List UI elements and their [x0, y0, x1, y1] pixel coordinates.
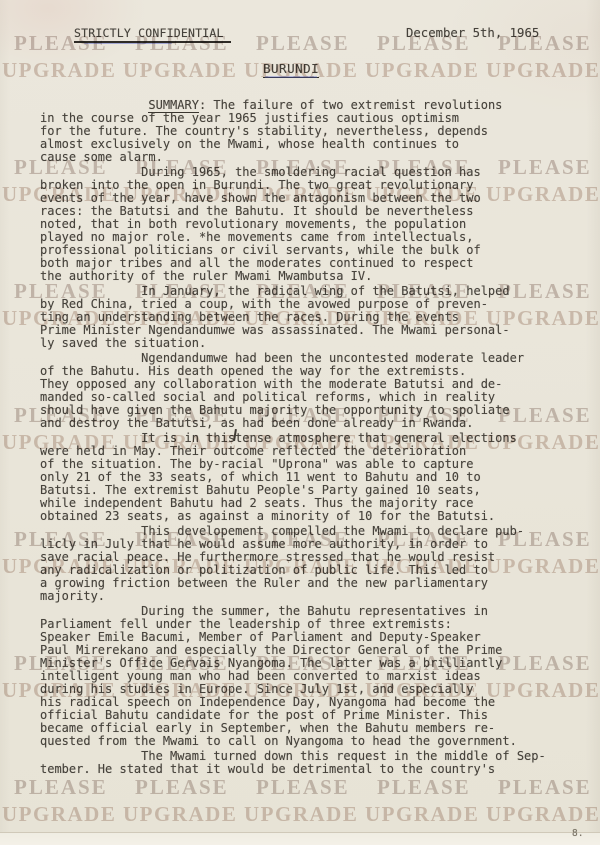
- paragraph: SUMMARY: The failure of two extremist re…: [40, 99, 585, 164]
- watermark-word: UPGRADE: [2, 804, 116, 825]
- watermark-word: UPGRADE: [486, 60, 600, 81]
- watermark-word: UPGRADE: [365, 804, 479, 825]
- classification-text: STRICTLY CONFIDENTIAL: [74, 26, 231, 43]
- document-page: PLEASEUPGRADEPLEASEUPGRADEPLEASEUPGRADEP…: [0, 0, 600, 845]
- classification-stamp: STRICTLY CONFIDENTIAL: [74, 26, 231, 43]
- watermark-word: UPGRADE: [365, 60, 479, 81]
- document-date: December 5th, 1965: [406, 26, 539, 40]
- document-body: SUMMARY: The failure of two extremist re…: [40, 99, 585, 778]
- paragraph: In January, the radical wing of the Batu…: [40, 285, 585, 350]
- watermark-word: UPGRADE: [123, 804, 237, 825]
- watermark-word: PLEASE: [135, 777, 229, 798]
- paragraph: During 1965, the smoldering racial quest…: [40, 166, 585, 283]
- page-title: BURUNDI: [263, 61, 319, 78]
- watermark-word: PLEASE: [377, 777, 471, 798]
- underlined-word: SUMMARY: [148, 98, 199, 113]
- watermark-word: UPGRADE: [486, 804, 600, 825]
- paragraph: Ngendandumwe had been the uncontested mo…: [40, 352, 585, 430]
- watermark-word: PLEASE: [256, 777, 350, 798]
- watermark-word: PLEASE: [14, 777, 108, 798]
- watermark-word: UPGRADE: [244, 804, 358, 825]
- scan-edge-strip: [0, 832, 600, 845]
- paragraph: This developement compelled the Mwami to…: [40, 525, 585, 603]
- paragraph: The Mwami turned down this request in th…: [40, 750, 585, 776]
- watermark-word: PLEASE: [256, 33, 350, 54]
- watermark-word: UPGRADE: [123, 60, 237, 81]
- paragraph: During the summer, the Bahutu representa…: [40, 605, 585, 748]
- page-number: 8.: [572, 828, 583, 839]
- watermark-word: PLEASE: [498, 777, 592, 798]
- watermark-word: UPGRADE: [2, 60, 116, 81]
- paragraph: It is in thistense atmosphere that gener…: [40, 432, 585, 523]
- blue-pen-underline: [265, 76, 317, 78]
